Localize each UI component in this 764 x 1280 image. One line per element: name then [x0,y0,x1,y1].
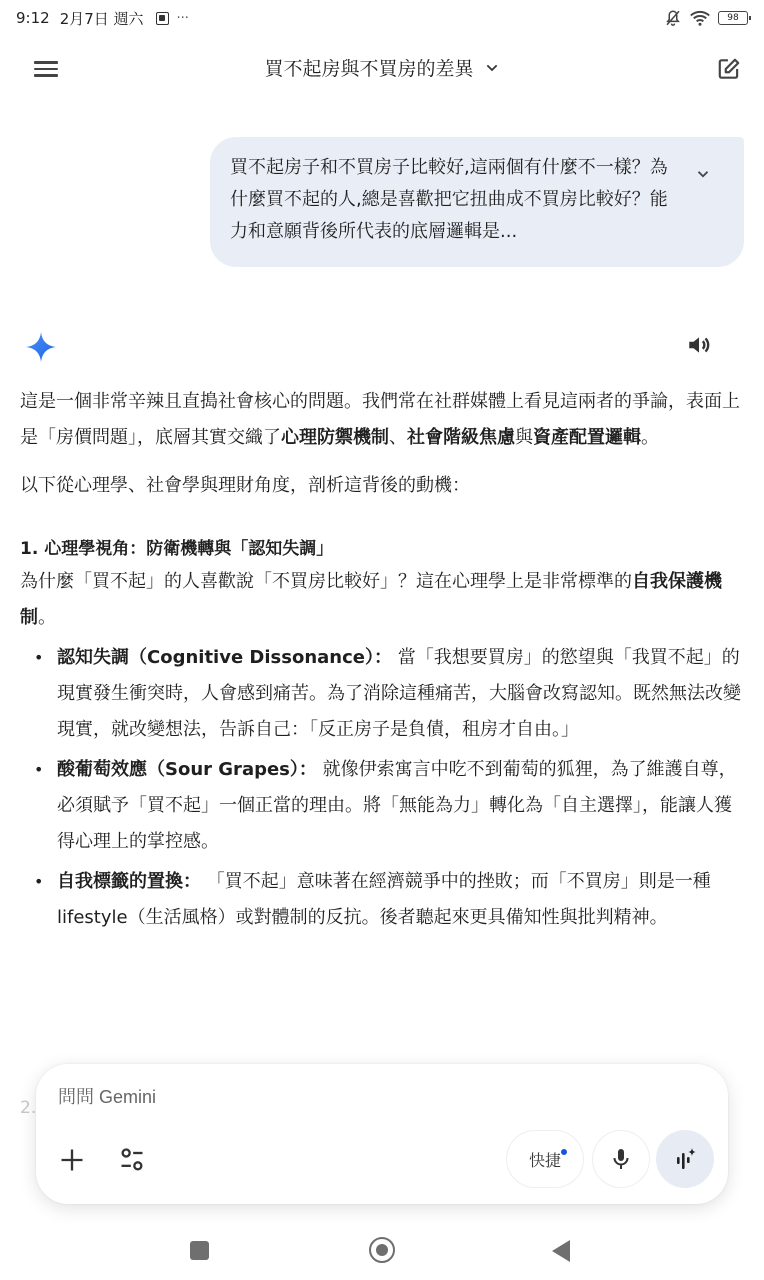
status-time: 9:12 [16,9,50,27]
battery-level: 98 [727,13,738,23]
status-date: 2月7日 週六 [60,8,144,29]
response-outline-paragraph: 以下從心理學、社會學與理財角度，剖析這背後的動機： [20,468,744,504]
intro-separator: 、 [389,427,407,448]
prompt-input[interactable] [58,1080,658,1114]
read-aloud-speaker-icon[interactable] [686,332,712,358]
bell-off-icon [664,9,682,27]
recent-apps-button[interactable] [190,1241,209,1260]
expand-message-chevron-icon[interactable] [694,165,712,183]
section-bullet-list: 認知失調（Cognitive Dissonance）： 當「我想要買房」的慾望與… [20,640,744,936]
prompt-input-card: 快捷 [36,1064,728,1204]
live-waveform-sparkle-icon [672,1146,698,1172]
intro-bold-term: 資產配置邏輯 [533,427,641,448]
gemini-logo-icon [25,331,57,363]
new-chat-button[interactable] [716,56,742,82]
section-lead-end: 。 [38,607,56,628]
new-indicator-dot [561,1149,567,1155]
intro-separator: 與 [515,427,533,448]
home-button[interactable] [369,1237,395,1263]
intro-bold-term: 心理防禦機制 [281,427,389,448]
tools-sliders-icon[interactable] [118,1146,146,1174]
app-bar: 買不起房與不買房的差異 [0,40,764,100]
wifi-icon [690,9,710,27]
gemini-live-button[interactable] [656,1130,714,1188]
bullet-term: 酸葡萄效應（Sour Grapes）： [57,759,317,780]
response-intro-paragraph: 這是一個非常辛辣且直搗社會核心的問題。我們常在社群媒體上看見這兩者的爭論，表面上… [20,384,744,456]
obscured-next-heading: 2. [20,1098,36,1118]
user-message-bubble: 買不起房子和不買房子比較好,這兩個有什麼不一樣？為什麼買不起的人,總是喜歡把它扭… [210,137,744,267]
intro-end: 。 [641,427,659,448]
status-bar: 9:12 2月7日 週六 ··· 98 [0,0,764,36]
bullet-term: 認知失調（Cognitive Dissonance）： [57,647,392,668]
user-message-text: 買不起房子和不買房子比較好,這兩個有什麼不一樣？為什麼買不起的人,總是喜歡把它扭… [230,152,670,248]
battery-icon: 98 [718,11,748,25]
add-attachment-plus-icon[interactable] [58,1146,86,1174]
system-navigation-bar [0,1224,764,1280]
conversation-title-button[interactable]: 買不起房與不買房的差異 [0,54,764,81]
microphone-button[interactable] [592,1130,650,1188]
section-lead-paragraph: 為什麼「買不起」的人喜歡說「不買房比較好」？這在心理學上是非常標準的自我保護機制… [20,564,744,636]
list-item: 酸葡萄效應（Sour Grapes）： 就像伊索寓言中吃不到葡萄的狐狸，為了維護… [20,752,744,860]
section-lead-text: 為什麼「買不起」的人喜歡說「不買房比較好」？這在心理學上是非常標準的 [20,571,632,592]
section-heading: 1. 心理學視角：防衛機轉與「認知失調」 [20,534,744,564]
shortcuts-label: 快捷 [529,1148,561,1171]
notification-app-icon [156,12,169,25]
list-item: 自我標籤的置換： 「買不起」意味著在經濟競爭中的挫敗；而「不買房」則是一種 li… [20,864,744,936]
gemini-response: 這是一個非常辛辣且直搗社會核心的問題。我們常在社群媒體上看見這兩者的爭論，表面上… [20,384,744,940]
more-notifications-icon: ··· [177,11,189,26]
conversation-title: 買不起房與不買房的差異 [264,54,473,81]
chevron-down-icon [484,60,500,76]
list-item: 認知失調（Cognitive Dissonance）： 當「我想要買房」的慾望與… [20,640,744,748]
bullet-term: 自我標籤的置換： [57,871,201,892]
shortcuts-button[interactable]: 快捷 [506,1130,584,1188]
microphone-icon [609,1147,633,1171]
intro-bold-term: 社會階級焦慮 [407,427,515,448]
back-button[interactable] [552,1240,570,1262]
